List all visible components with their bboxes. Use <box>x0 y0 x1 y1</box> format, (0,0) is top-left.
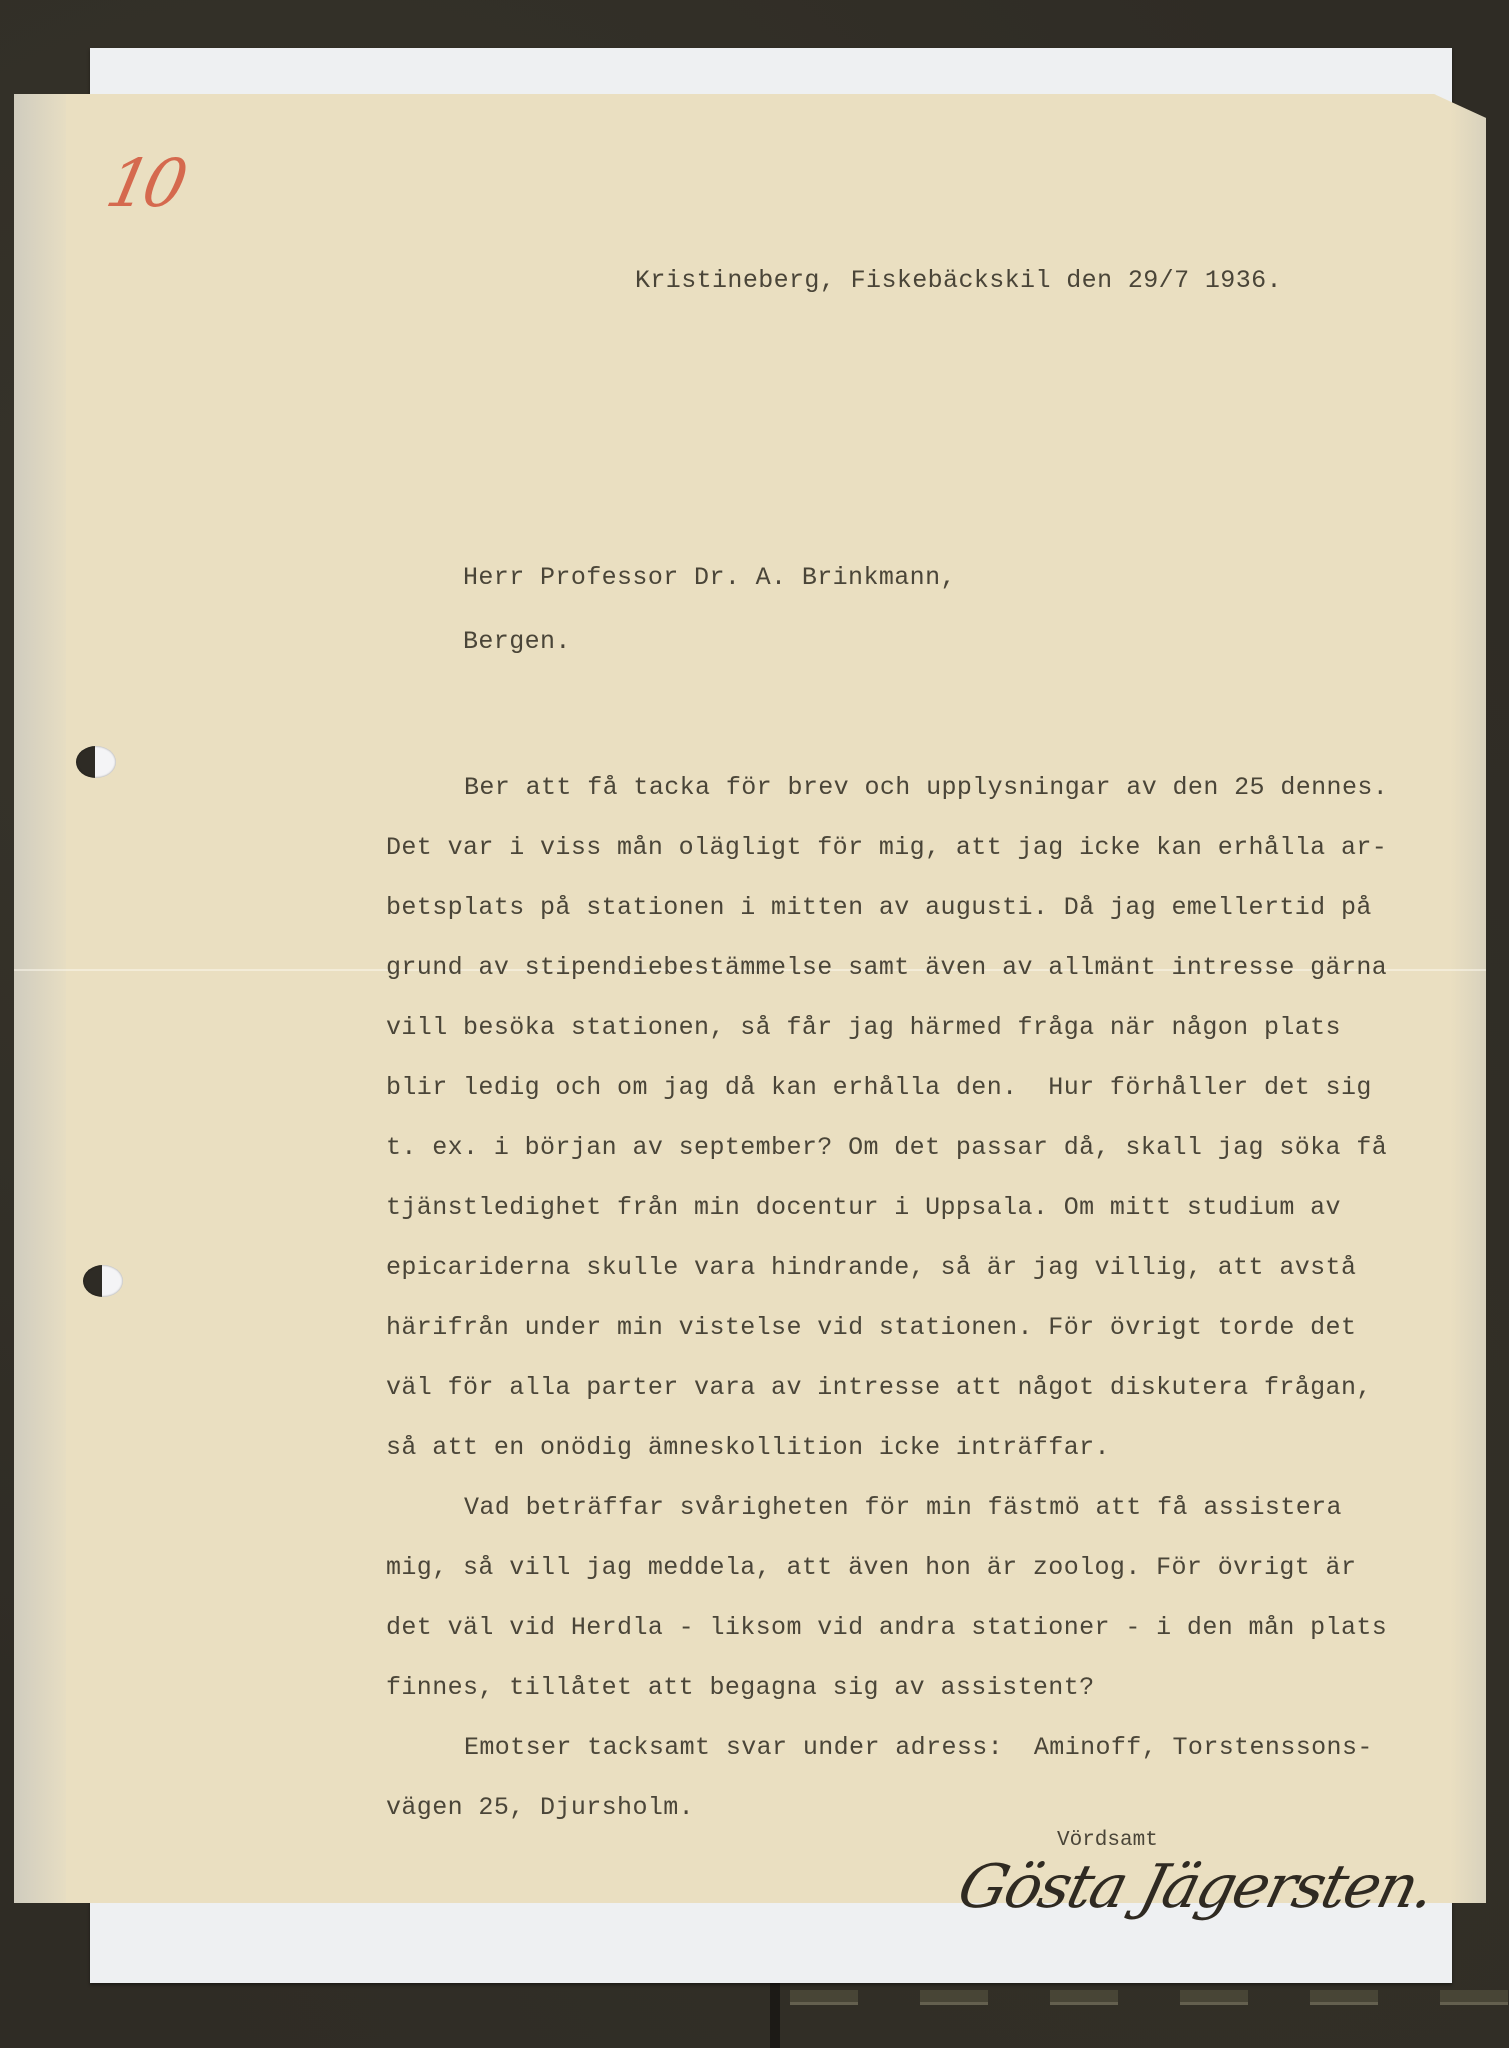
body-line: vägen 25, Djursholm. <box>386 1795 694 1820</box>
body-line: t. ex. i början av september? Om det pas… <box>386 1135 1387 1160</box>
binder-slots <box>790 1990 1509 2004</box>
binder-slot <box>1180 1990 1248 2005</box>
body-line: Det var i viss mån olägligt för mig, att… <box>386 835 1387 860</box>
body-line: mig, så vill jag meddela, att även hon ä… <box>386 1555 1356 1580</box>
body-line: väl för alla parter vara av intresse att… <box>386 1375 1372 1400</box>
body-line: finnes, tillåtet att begagna sig av assi… <box>386 1675 1095 1700</box>
punch-hole-icon <box>76 746 116 778</box>
body-line: det väl vid Herdla - liksom vid andra st… <box>386 1615 1387 1640</box>
binder-slot <box>790 1990 858 2005</box>
dateline: Kristineberg, Fiskebäckskil den 29/7 193… <box>635 268 1282 293</box>
punch-hole-icon <box>83 1265 123 1297</box>
body-line: blir ledig och om jag då kan erhålla den… <box>386 1075 1372 1100</box>
body-line: grund av stipendiebestämmelse samt även … <box>386 955 1387 980</box>
closing: Vördsamt <box>1057 1829 1158 1852</box>
handwritten-signature: Gösta Jägersten. <box>951 1852 1441 1922</box>
binder-slot <box>1050 1990 1118 2005</box>
body-line: Vad beträffar svårigheten för min fästmö… <box>464 1495 1342 1520</box>
binder-seam <box>770 1975 780 2048</box>
body-line: härifrån under min vistelse vid statione… <box>386 1315 1356 1340</box>
binder-slot <box>920 1990 988 2005</box>
body-line: Ber att få tacka för brev och upplysning… <box>464 775 1388 800</box>
recipient-city: Bergen. <box>463 629 571 654</box>
body-line: betsplats på stationen i mitten av augus… <box>386 895 1372 920</box>
binder-slot <box>1440 1990 1508 2005</box>
body-line: så att en onödig ämneskollition icke int… <box>386 1435 1110 1460</box>
body-line: vill besöka stationen, så får jag härmed… <box>386 1015 1341 1040</box>
body-line: Emotser tacksamt svar under adress: Amin… <box>464 1735 1373 1760</box>
body-line: tjänstledighet från min docentur i Uppsa… <box>386 1195 1341 1220</box>
binder-slot <box>1310 1990 1378 2005</box>
recipient-name: Herr Professor Dr. A. Brinkmann, <box>463 565 956 590</box>
body-line: epicariderna skulle vara hindrande, så ä… <box>386 1255 1356 1280</box>
